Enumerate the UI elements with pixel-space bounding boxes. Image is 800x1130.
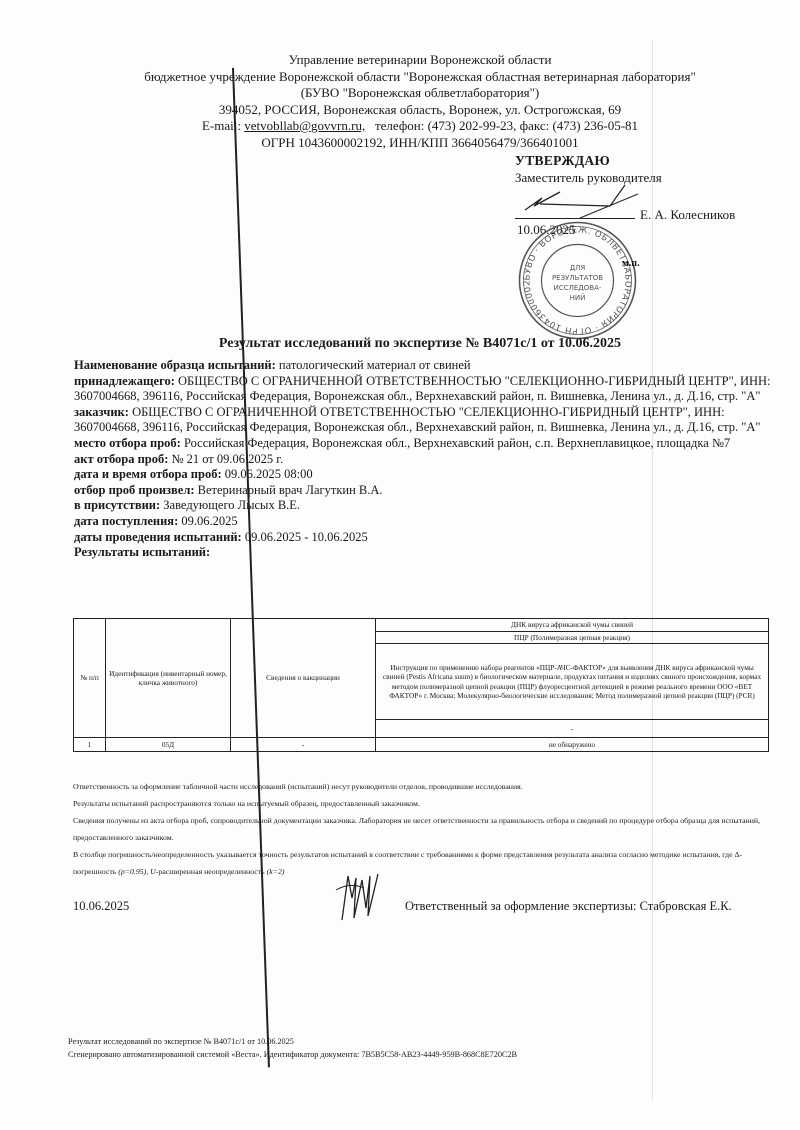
field-label: в присутствии: [74,498,160,512]
header-method-full: Инструкция по применению набора реагенто… [376,644,769,720]
registration-numbers: ОГРН 1043600002192, ИНН/КПП 3664056479/3… [100,135,740,152]
field-label: принадлежащего: [74,374,175,388]
field-received-date: дата поступления: 09.06.2025 [74,514,774,530]
email-link[interactable]: vetvobllab@govvrn.ru, [244,118,365,133]
phone-fax: телефон: (473) 202-99-23, факс: (473) 23… [375,118,638,133]
field-value: 09.06.2025 - 10.06.2025 [242,530,368,544]
field-customer: заказчик: ОБЩЕСТВО С ОГРАНИЧЕННОЙ ОТВЕТС… [74,405,774,436]
responsible-signature-icon [330,868,385,928]
field-label: отбор проб произвел: [74,483,195,497]
field-label: дата и время отбора проб: [74,467,222,481]
field-test-dates: даты проведения испытаний: 09.06.2025 - … [74,530,774,546]
table-row: 1 05Д - не обнаружено [74,738,769,752]
institution-address: 394052, РОССИЯ, Воронежская область, Вор… [100,102,740,119]
field-label: заказчик: [74,405,129,419]
note-scope: Результаты испытаний распространяются то… [73,795,773,812]
header-vaccination: Сведения о вакцинации [231,619,376,738]
field-value: патологический материал от свиней [276,358,471,372]
field-presence: в присутствии: Заведующего Лысых В.Е. [74,498,774,514]
header-analyte: ДНК вируса африканской чумы свиней [376,619,769,632]
scan-artifact-line [232,68,270,1067]
letterhead: Управление ветеринарии Воронежской облас… [100,52,740,151]
field-value: Российская Федерация, Воронежская обл., … [181,436,730,450]
results-table: № п/п Идентификация (инвентарный номер, … [73,618,769,752]
stamp-inner-line: ИССЛЕДОВА- [554,284,602,292]
institution-name: бюджетное учреждение Воронежской области… [100,69,740,86]
results-heading: Результаты испытаний: [74,545,774,561]
field-value: 09.06.2025 [178,514,237,528]
field-value: Ветеринарный врач Лагуткин В.А. [195,483,383,497]
field-sampling-datetime: дата и время отбора проб: 09.06.2025 08:… [74,467,774,483]
note-formula: (р=0.95), U [118,867,156,876]
stamp-inner-line: РЕЗУЛЬТАТОВ [552,274,603,282]
field-value: Заведующего Лысых В.Е. [160,498,300,512]
field-value: 09.06.2025 08:00 [222,467,313,481]
note-responsibility: Ответственность за оформление табличной … [73,778,773,795]
field-value: ОБЩЕСТВО С ОГРАНИЧЕННОЙ ОТВЕТСТВЕННОСТЬЮ… [74,374,771,404]
footer-generated-id: Сгенерировано автоматизированной системо… [68,1048,517,1061]
header-identification: Идентификация (инвентарный номер, кличка… [106,619,231,738]
approval-title: УТВЕРЖДАЮ [515,152,755,169]
field-value: № 21 от 09.06.2025 г. [168,452,283,466]
cell-result: не обнаружено [376,738,769,752]
institution-short-name: (БУВО "Воронежская облветлаборатория") [100,85,740,102]
approver-name: Е. А. Колесников [640,207,735,223]
header-num: № п/п [74,619,106,738]
seal-place-label: м.п. [622,258,640,269]
contacts-line: E-mail: vetvobllab@govvrn.ru, телефон: (… [100,118,740,135]
authority-name: Управление ветеринарии Воронежской облас… [100,52,740,69]
email-label: E-mail: [202,118,241,133]
cell-vaccination: - [231,738,376,752]
responsible-person: Ответственный за оформление экспертизы: … [405,899,732,914]
cell-num: 1 [74,738,106,752]
document-footer: Результат исследований по экспертизе № В… [68,1035,517,1061]
field-sampling-act: акт отбора проб: № 21 от 09.06.2025 г. [74,452,774,468]
approver-signature-icon [520,180,640,220]
field-value: ОБЩЕСТВО С ОГРАНИЧЕННОЙ ОТВЕТСТВЕННОСТЬЮ… [74,405,760,435]
field-label: место отбора проб: [74,436,181,450]
field-sampler: отбор проб произвел: Ветеринарный врач Л… [74,483,774,499]
sample-details: Наименование образца испытаний: патологи… [74,358,774,561]
field-label: акт отбора проб: [74,452,168,466]
note-uncertainty: В столбце погрешность/неопределенность у… [73,846,773,880]
signing-date: 10.06.2025 [73,899,129,914]
field-label: Наименование образца испытаний: [74,358,276,372]
field-label: дата поступления: [74,514,178,528]
seal-stamp-icon: БУВО · ВОРОНЕЖ. ОБЛВЕТЛАБОРАТОРИЯ · ОГРН… [515,218,640,343]
notes-section: Ответственность за оформление табличной … [73,778,773,880]
note-source: Сведения получены из акта отбора проб, с… [73,812,773,846]
note-formula: (k=2) [267,867,285,876]
header-method-short: ПЦР (Полимеразная цепная реакция) [376,631,769,644]
scan-artifact-faint-line [652,40,653,1100]
document-title: Результат исследований по экспертизе № В… [195,336,645,352]
header-unit: - [376,720,769,738]
cell-identification: 05Д [106,738,231,752]
note-text: -расширенная неопределенность [156,867,267,876]
field-label: даты проведения испытаний: [74,530,242,544]
field-sampling-place: место отбора проб: Российская Федерация,… [74,436,774,452]
stamp-inner-line: ДЛЯ [570,264,586,272]
field-owner: принадлежащего: ОБЩЕСТВО С ОГРАНИЧЕННОЙ … [74,374,774,405]
field-sample-name: Наименование образца испытаний: патологи… [74,358,774,374]
stamp-inner-line: НИЙ [570,293,586,302]
footer-reference: Результат исследований по экспертизе № В… [68,1035,517,1048]
